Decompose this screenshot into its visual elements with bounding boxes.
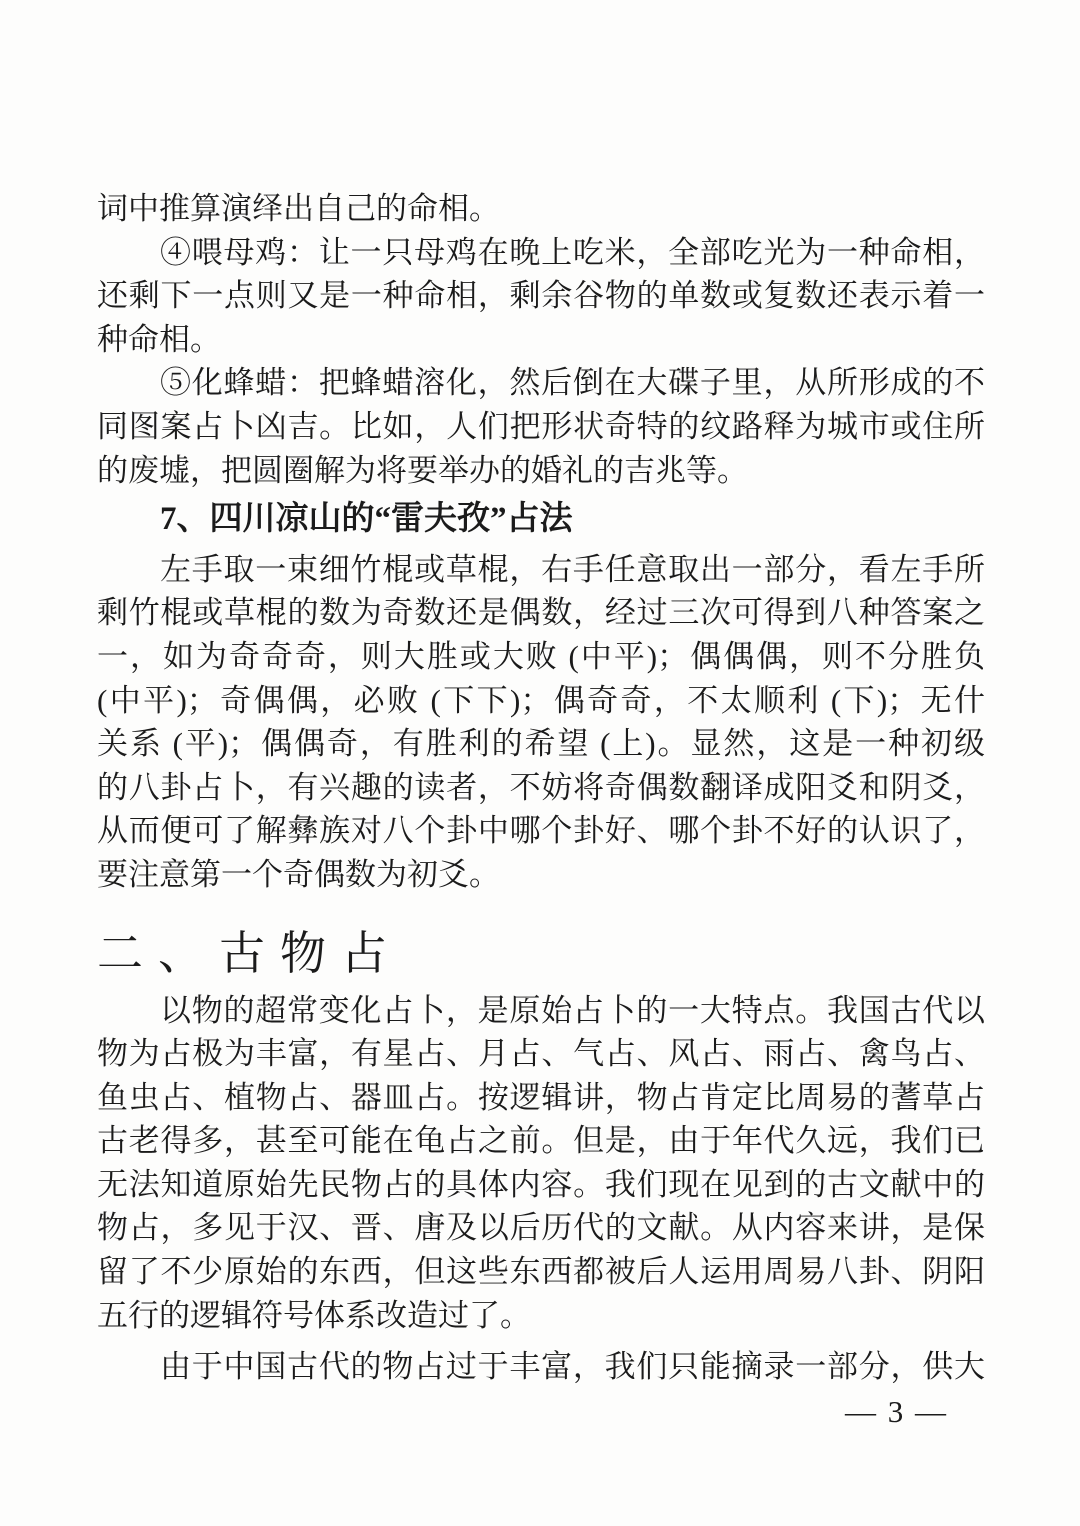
page-number: — 3 — xyxy=(845,1394,948,1430)
body-line: 物为占极为丰富，有星占、月占、气占、风占、雨占、禽鸟占、 xyxy=(97,1032,985,1076)
text-column: 词中推算演绎出自己的命相。 ④喂母鸡：让一只母鸡在晚上吃米，全部吃光为一种命相，… xyxy=(97,187,985,1389)
body-line: 一，如为奇奇奇，则大胜或大败 (中平)；偶偶偶，则不分胜负 xyxy=(97,635,985,679)
body-line: 的废墟，把圆圈解为将要举办的婚礼的吉兆等。 xyxy=(97,449,985,493)
document-page: 词中推算演绎出自己的命相。 ④喂母鸡：让一只母鸡在晚上吃米，全部吃光为一种命相，… xyxy=(0,0,1080,1526)
body-line: (中平)；奇偶偶，必败 (下下)；偶奇奇，不太顺利 (下)；无什 xyxy=(97,679,985,723)
body-line: 同图案占卜凶吉。比如，人们把形状奇特的纹路释为城市或住所 xyxy=(97,405,985,449)
section-heading: 二、古物占 xyxy=(97,923,985,985)
body-line: ⑤化蜂蜡：把蜂蜡溶化，然后倒在大碟子里，从所形成的不 xyxy=(97,361,985,405)
body-line: 从而便可了解彝族对八个卦中哪个卦好、哪个卦不好的认识了， xyxy=(97,809,985,853)
body-line: 鱼虫占、植物占、器皿占。按逻辑讲，物占肯定比周易的蓍草占 xyxy=(97,1076,985,1120)
body-line: 以物的超常变化占卜，是原始占卜的一大特点。我国古代以 xyxy=(97,989,985,1033)
body-line: 词中推算演绎出自己的命相。 xyxy=(97,187,985,231)
body-line: 还剩下一点则又是一种命相，剩余谷物的单数或复数还表示着一 xyxy=(97,274,985,318)
body-line: 五行的逻辑符号体系改造过了。 xyxy=(97,1294,985,1338)
body-line: 留了不少原始的东西，但这些东西都被后人运用周易八卦、阴阳 xyxy=(97,1250,985,1294)
body-line: 的八卦占卜，有兴趣的读者，不妨将奇偶数翻译成阳爻和阴爻， xyxy=(97,766,985,810)
body-line: 剩竹棍或草棍的数为奇数还是偶数，经过三次可得到八种答案之 xyxy=(97,591,985,635)
body-line: 无法知道原始先民物占的具体内容。我们现在见到的古文献中的 xyxy=(97,1163,985,1207)
subsection-heading: 7、四川凉山的“雷夫孜”占法 xyxy=(97,498,985,542)
body-line: 物占，多见于汉、晋、唐及以后历代的文献。从内容来讲，是保 xyxy=(97,1206,985,1250)
body-line: 种命相。 xyxy=(97,318,985,362)
body-line: ④喂母鸡：让一只母鸡在晚上吃米，全部吃光为一种命相， xyxy=(97,231,985,275)
body-line: 要注意第一个奇偶数为初爻。 xyxy=(97,853,985,897)
body-line: 由于中国古代的物占过于丰富，我们只能摘录一部分，供大 xyxy=(97,1345,985,1389)
body-line: 关系 (平)；偶偶奇，有胜利的希望 (上)。显然，这是一种初级 xyxy=(97,722,985,766)
body-line: 古老得多，甚至可能在龟占之前。但是，由于年代久远，我们已 xyxy=(97,1119,985,1163)
body-line: 左手取一束细竹棍或草棍，右手任意取出一部分，看左手所 xyxy=(97,548,985,592)
